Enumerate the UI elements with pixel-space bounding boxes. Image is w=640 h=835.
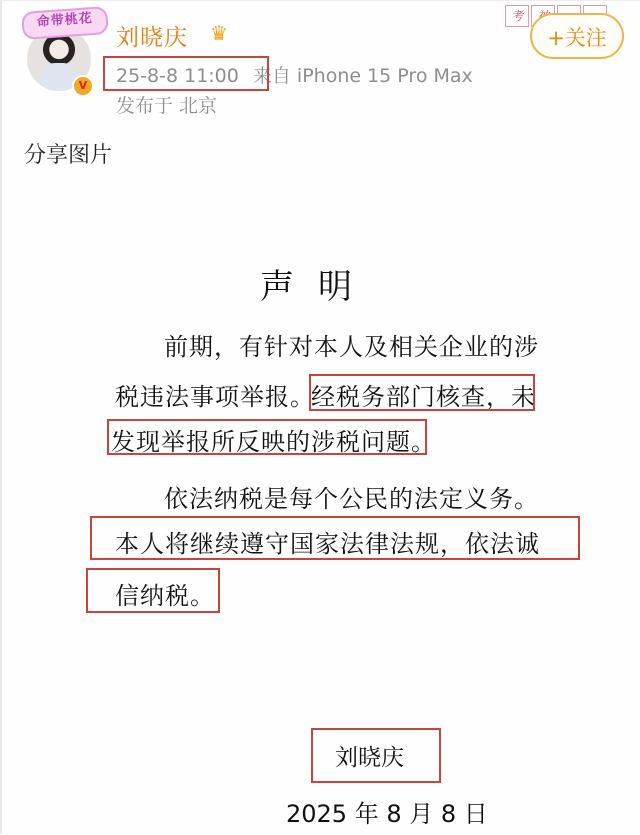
avatar-frame-tag: 命带桃花 <box>21 6 109 40</box>
post-text: 分享图片 <box>24 138 112 169</box>
weibo-post-card: 命带桃花 V 刘晓庆 ♛ 25-8-8 11:00来自 iPhone 15 Pr… <box>0 0 640 834</box>
stamp-char: 考 <box>505 5 529 27</box>
verified-badge-icon: V <box>72 75 94 97</box>
avatar[interactable]: 命带桃花 V <box>22 9 104 93</box>
statement-line: 税违法事项举报。 <box>115 377 315 412</box>
username[interactable]: 刘晓庆 <box>116 19 188 52</box>
statement-line: 依法纳税是每个公民的法定义务。 <box>164 479 539 514</box>
highlight-box-timestamp <box>103 56 269 91</box>
follow-button[interactable]: +关注 <box>530 13 624 59</box>
highlight-box <box>309 374 535 411</box>
highlight-box <box>90 516 580 560</box>
statement-line: 前期，有针对本人及相关企业的涉 <box>164 327 539 362</box>
post-location: 发布于 北京 <box>116 91 217 118</box>
statement-title: 声明 <box>260 259 376 308</box>
post-source: 来自 iPhone 15 Pro Max <box>253 65 473 87</box>
crown-icon: ♛ <box>206 21 232 45</box>
statement-date: 2025 年 8 月 8 日 <box>286 794 488 829</box>
highlight-box-signer <box>311 728 441 783</box>
highlight-box <box>86 568 220 613</box>
highlight-box <box>107 419 427 455</box>
